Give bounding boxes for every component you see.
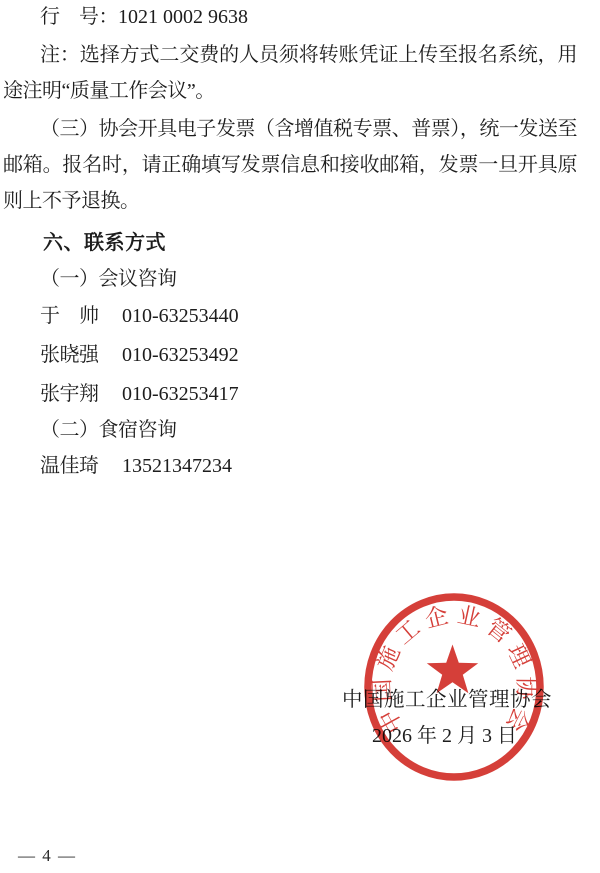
section-heading-contact: 六、联系方式 xyxy=(3,229,600,257)
document-page: 行 号：1021 0002 9638 注：选择方式二交费的人员须将转账凭证上传至… xyxy=(0,0,600,873)
contact-phone: 010-63253440 xyxy=(122,305,239,327)
bank-number-label: 行 号： xyxy=(3,6,118,28)
seal-arc-textpath: 中国施工企业管理协会 xyxy=(370,602,539,737)
signature-date: 2026 年 2 月 3 日 xyxy=(372,722,517,750)
seal-arc-text: 中国施工企业管理协会 xyxy=(370,602,539,737)
subheading-meeting-consult: （一）会议咨询 xyxy=(3,265,600,293)
contact-row: 于 帅010-63253440 xyxy=(3,302,600,330)
bank-number-line: 行 号：1021 0002 9638 xyxy=(3,3,577,31)
signature-organization: 中国施工企业管理协会 xyxy=(342,686,552,714)
contact-name: 于 帅 xyxy=(40,302,122,330)
contact-phone: 010-63253417 xyxy=(122,383,239,405)
contact-name: 张宇翔 xyxy=(40,380,122,408)
contact-name: 温佳琦 xyxy=(40,452,122,480)
contact-name: 张晓强 xyxy=(40,341,122,369)
bank-number-value: 1021 0002 9638 xyxy=(118,6,248,28)
subheading-lodging-consult: （二）食宿咨询 xyxy=(3,416,600,444)
note-paragraph: 注：选择方式二交费的人员须将转账凭证上传至报名系统，用途注明“质量工作会议”。 xyxy=(3,37,577,109)
contact-phone: 13521347234 xyxy=(122,455,232,477)
contact-row: 张晓强010-63253492 xyxy=(3,341,600,369)
contact-row: 张宇翔010-63253417 xyxy=(3,380,600,408)
contact-phone: 010-63253492 xyxy=(122,344,239,366)
contact-row: 温佳琦13521347234 xyxy=(3,452,600,480)
item-three-paragraph: （三）协会开具电子发票（含增值税专票、普票），统一发送至邮箱。报名时，请正确填写… xyxy=(3,111,577,219)
page-number: — 4 — xyxy=(18,842,77,870)
